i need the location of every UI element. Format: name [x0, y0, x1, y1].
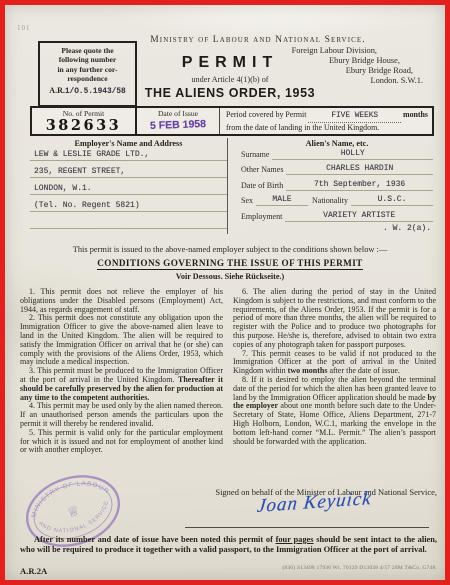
surname-label: Surname: [241, 150, 272, 160]
employment-label: Employment: [241, 212, 285, 222]
date-stamp: 5 FEB 1958: [137, 118, 219, 133]
employer-line: LEW & LESLIE GRADE LTD.,: [30, 144, 227, 161]
period-value: FIVE WEEKS: [308, 111, 401, 123]
other-names-label: Other Names: [241, 165, 286, 175]
address-line-city: London. S.W.1.: [370, 76, 423, 85]
alien-details-block: Surname HOLLY Other Names CHARLES HARDIN…: [241, 144, 433, 222]
conditions-heading: CONDITIONS GOVERNING THE ISSUE OF THIS P…: [25, 258, 435, 268]
signature-underline: [185, 527, 429, 528]
employer-line: LONDON, W.1.: [30, 178, 227, 195]
period-line: Period covered by Permit FIVE WEEKS mont…: [226, 110, 428, 123]
nationality-label: Nationality: [308, 196, 351, 206]
sex-value: MALE: [256, 195, 308, 206]
form-reference: A.R.2A: [20, 566, 47, 576]
surname-row: Surname HOLLY: [241, 144, 433, 160]
permit-document: 101 Please quote the following number in…: [5, 5, 445, 580]
other-names-value: CHARLES HARDIN: [286, 164, 433, 175]
nationality-value: U.S.C.: [351, 195, 433, 206]
date-of-birth-row: Date of Birth 7th September, 1936: [241, 175, 433, 191]
scanned-document-frame: 101 Please quote the following number in…: [0, 0, 450, 585]
address-line-house: Ebury Bridge House,: [329, 56, 400, 65]
conditions-left-column: 1. This permit does not relieve the empl…: [20, 288, 223, 455]
period-line2: from the date of landing in the United K…: [226, 123, 428, 134]
quote-box-line: following number: [42, 55, 133, 64]
printers-code: (836) S13498 17936 Wt. 70139 D13038 4/57…: [282, 565, 437, 571]
permit-number-value: 382633: [32, 117, 135, 134]
address-line-road: Ebury Bridge Road,: [346, 66, 413, 75]
date-of-birth-label: Date of Birth: [241, 181, 286, 191]
permit-title: PERMIT: [145, 54, 315, 72]
employment-value: VARIETY ARTISTE: [285, 211, 433, 222]
employment-row: Employment VARIETY ARTISTE: [241, 206, 433, 222]
period-cell: Period covered by Permit FIVE WEEKS mont…: [220, 108, 432, 134]
employer-line: (Tel. No. Regent 5821): [30, 195, 227, 212]
employer-line: 235, REGENT STREET,: [30, 161, 227, 178]
section-divider: [227, 138, 228, 234]
ministry-title: Ministry of Labour and National Service.: [105, 35, 411, 45]
reference-prefix: A.R.: [49, 86, 65, 95]
margin-page-note: 101: [17, 24, 31, 32]
permit-details-box: No. of Permit 382633 Date of Issue 5 FEB…: [30, 106, 434, 136]
aliens-order-title: THE ALIENS ORDER, 1953: [113, 86, 347, 100]
stamp-crown-icon: ♕: [65, 503, 82, 521]
conditions-columns: 1. This permit does not relieve the empl…: [20, 288, 436, 455]
quote-box-line: Please quote the: [42, 46, 133, 55]
employer-line-blank: [30, 212, 227, 229]
conditions-intro: This permit is issued to the above-named…: [25, 245, 435, 254]
quote-box-line: respondence: [42, 74, 133, 83]
date-of-issue-cell: Date of Issue 5 FEB 1958: [137, 108, 220, 134]
date-of-issue-label: Date of Issue: [137, 108, 219, 118]
period-prefix: Period covered by Permit: [226, 110, 306, 121]
other-names-row: Other Names CHARLES HARDIN: [241, 160, 433, 176]
employer-address-block: LEW & LESLIE GRADE LTD., 235, REGENT STR…: [30, 144, 227, 229]
conditions-right-column: 6. The alien during the period of stay i…: [233, 288, 436, 455]
permit-number-cell: No. of Permit 382633: [32, 108, 137, 134]
date-of-birth-value: 7th September, 1936: [286, 180, 433, 191]
form-code: . W. 2(a).: [241, 224, 431, 233]
conditions-subheading: Voir Dessous. Siehe Rückseite.): [25, 272, 435, 281]
surname-value: HOLLY: [272, 149, 433, 160]
sex-nationality-row: Sex MALE Nationality U.S.C.: [241, 191, 433, 207]
permit-subtitle: under Article 4(1)(b) of: [145, 75, 315, 84]
quote-box-line: in any further cor-: [42, 65, 133, 74]
sex-label: Sex: [241, 196, 256, 206]
period-suffix: months: [403, 110, 428, 121]
footer-instruction-note: After its number and date of issue have …: [20, 535, 437, 555]
